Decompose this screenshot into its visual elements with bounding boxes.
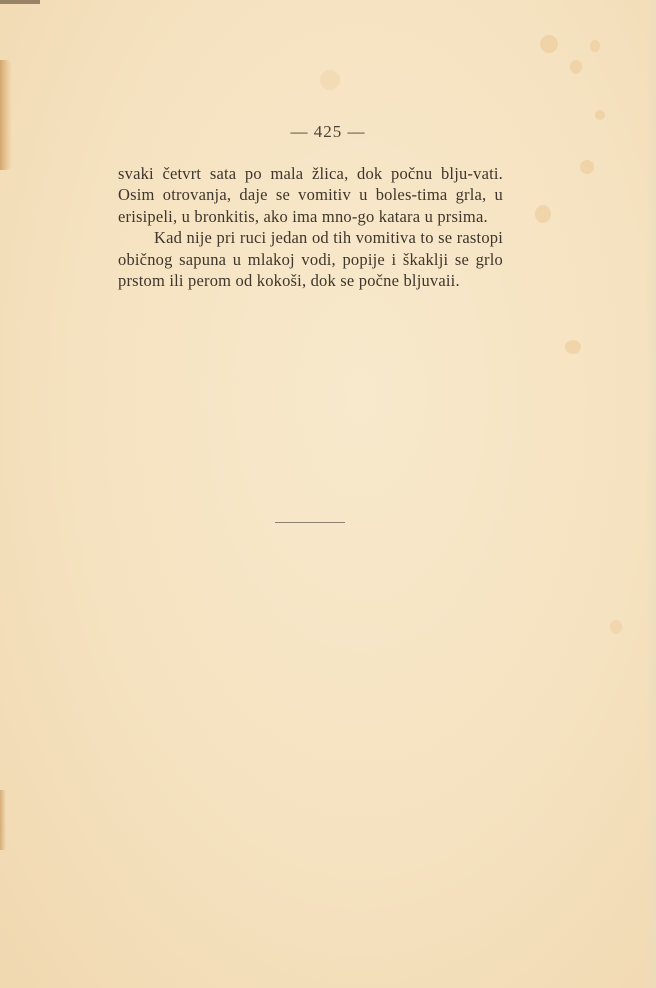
foxing-stain bbox=[570, 60, 582, 74]
section-end-rule bbox=[275, 522, 345, 523]
paragraph-2: Kad nije pri ruci jedan od tih vomitiva … bbox=[118, 227, 503, 291]
foxing-stain bbox=[565, 340, 581, 354]
foxing-stain bbox=[590, 40, 600, 52]
foxing-stain bbox=[595, 110, 605, 120]
page-edge-shadow-top bbox=[0, 0, 40, 4]
foxing-stain bbox=[610, 620, 622, 634]
foxing-stain bbox=[535, 205, 551, 223]
paragraph-1: svaki četvrt sata po mala žlica, dok poč… bbox=[118, 163, 503, 227]
page-number: — 425 — bbox=[0, 122, 656, 142]
page-edge-shadow-left-bottom bbox=[0, 790, 6, 850]
foxing-stain bbox=[320, 70, 340, 90]
foxing-stain bbox=[540, 35, 558, 53]
page-edge-shadow-left bbox=[0, 60, 12, 170]
page-edge-right bbox=[646, 0, 656, 988]
scanned-book-page: — 425 — svaki četvrt sata po mala žlica,… bbox=[0, 0, 656, 988]
foxing-stain bbox=[580, 160, 594, 174]
body-text: svaki četvrt sata po mala žlica, dok poč… bbox=[118, 163, 503, 291]
